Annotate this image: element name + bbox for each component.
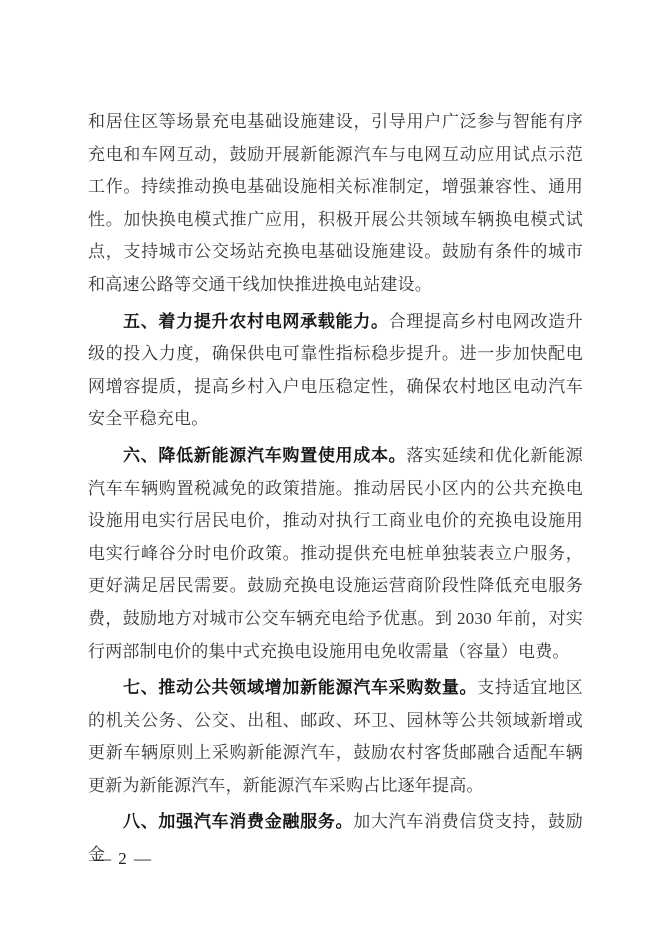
section-heading: 七、推动公共领域增加新能源汽车采购数量。: [123, 678, 477, 697]
page-number: — 2 —: [94, 849, 153, 869]
paragraph-section-5: 五、着力提升农村电网承载能力。合理提高乡村电网改造升级的投入力度，确保供电可靠性…: [88, 306, 583, 436]
section-heading: 八、加强汽车消费金融服务。: [123, 812, 353, 831]
section-heading: 六、降低新能源汽车购置使用成本。: [123, 446, 406, 465]
document-page: 和居住区等场景充电基础设施建设，引导用户广泛参与智能有序充电和车网互动，鼓励开展…: [0, 0, 669, 946]
paragraph-text: 和居住区等场景充电基础设施建设，引导用户广泛参与智能有序充电和车网互动，鼓励开展…: [88, 112, 583, 294]
paragraph-section-8: 八、加强汽车消费金融服务。加大汽车消费信贷支持，鼓励金: [88, 806, 583, 871]
section-heading: 五、着力提升农村电网承载能力。: [123, 312, 389, 331]
document-body: 和居住区等场景充电基础设施建设，引导用户广泛参与智能有序充电和车网互动，鼓励开展…: [88, 106, 583, 876]
paragraph-section-6: 六、降低新能源汽车购置使用成本。落实延续和优化新能源汽车车辆购置税减免的政策措施…: [88, 440, 583, 668]
paragraph-text: 落实延续和优化新能源汽车车辆购置税减免的政策措施。推动居民小区内的公共充换电设施…: [88, 446, 583, 661]
paragraph-section-7: 七、推动公共领域增加新能源汽车采购数量。支持适宜地区的机关公务、公交、出租、邮政…: [88, 672, 583, 802]
paragraph-continuation: 和居住区等场景充电基础设施建设，引导用户广泛参与智能有序充电和车网互动，鼓励开展…: [88, 106, 583, 302]
